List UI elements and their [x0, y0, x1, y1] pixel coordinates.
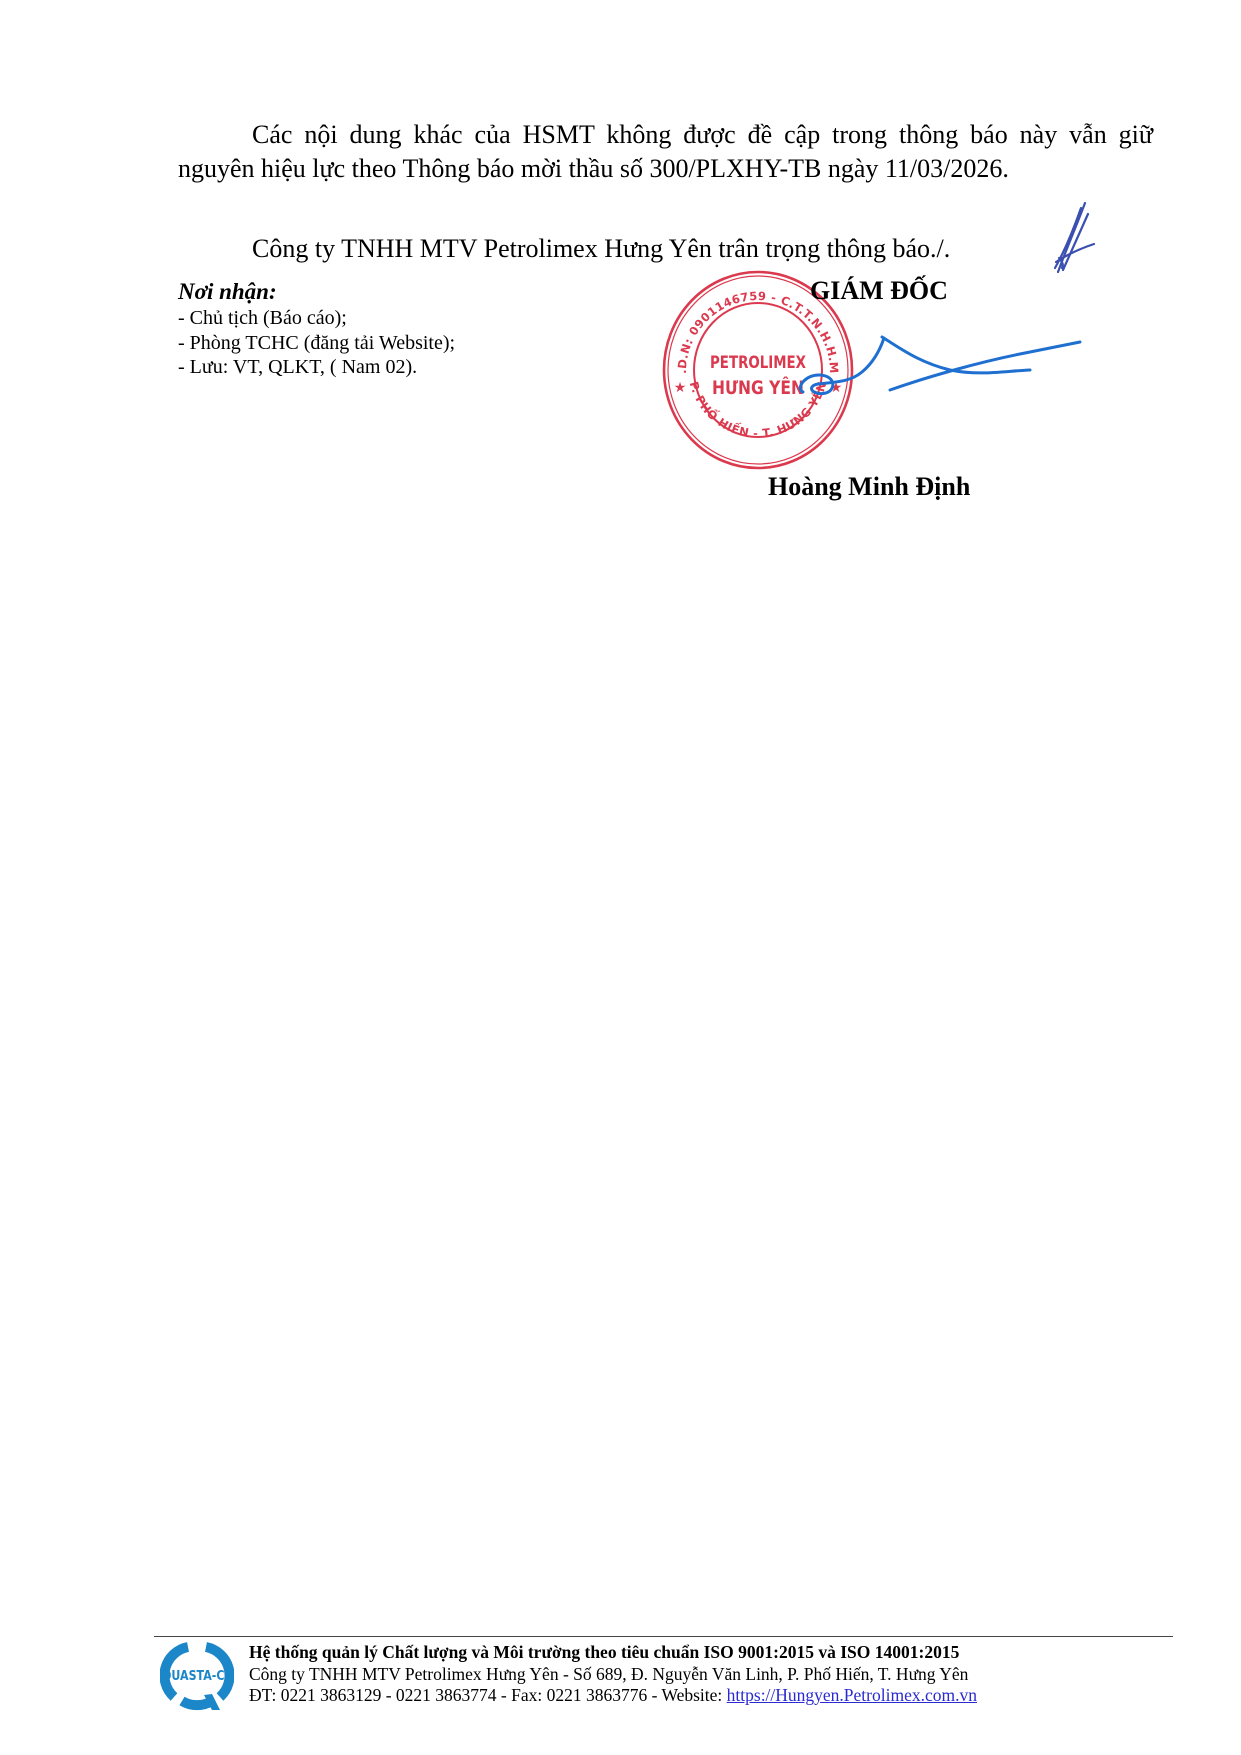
- recipients-heading: Nơi nhận:: [178, 279, 455, 306]
- stamp-center-line2: HƯNG YÊN: [712, 376, 804, 399]
- paragraph-text: Công ty TNHH MTV Petrolimex Hưng Yên trâ…: [252, 234, 950, 263]
- paragraph-text: Các nội dung khác của HSMT không được đề…: [178, 120, 1153, 183]
- recipient-item: - Chủ tịch (Báo cáo);: [178, 306, 455, 331]
- footer-phone-fax: ĐT: 0221 3863129 - 0221 3863774 - Fax: 0…: [249, 1685, 727, 1705]
- logo-text: QUASTA-CE: [162, 1669, 232, 1684]
- recipient-item: - Lưu: VT, QLKT, ( Nam 02).: [178, 355, 455, 380]
- stamp-center-line1: PETROLIMEX: [710, 353, 806, 373]
- recipients-block: Nơi nhận: - Chủ tịch (Báo cáo); - Phòng …: [178, 279, 455, 380]
- footer-divider: [154, 1636, 1173, 1637]
- body-paragraph-other-contents: Các nội dung khác của HSMT không được đề…: [178, 118, 1153, 185]
- stamp-star-right-icon: ★: [830, 380, 843, 396]
- stamp-star-left-icon: ★: [674, 380, 687, 396]
- footer-iso-line: Hệ thống quản lý Chất lượng và Môi trườn…: [249, 1642, 977, 1664]
- body-paragraph-closing: Công ty TNHH MTV Petrolimex Hưng Yên trâ…: [178, 232, 1153, 266]
- signatory-name: Hoàng Minh Định: [768, 472, 970, 502]
- footer-contact-line: ĐT: 0221 3863129 - 0221 3863774 - Fax: 0…: [249, 1685, 977, 1707]
- recipient-item: - Phòng TCHC (đăng tải Website);: [178, 331, 455, 356]
- quasta-ce-logo-icon: QUASTA-CE: [160, 1639, 234, 1711]
- footer-info: Hệ thống quản lý Chất lượng và Môi trườn…: [249, 1642, 977, 1707]
- recipients-list: - Chủ tịch (Báo cáo); - Phòng TCHC (đăng…: [178, 306, 455, 380]
- footer-address-line: Công ty TNHH MTV Petrolimex Hưng Yên - S…: [249, 1664, 977, 1686]
- signatory-title: GIÁM ĐỐC: [810, 276, 948, 306]
- website-link[interactable]: https://Hungyen.Petrolimex.com.vn: [727, 1685, 977, 1705]
